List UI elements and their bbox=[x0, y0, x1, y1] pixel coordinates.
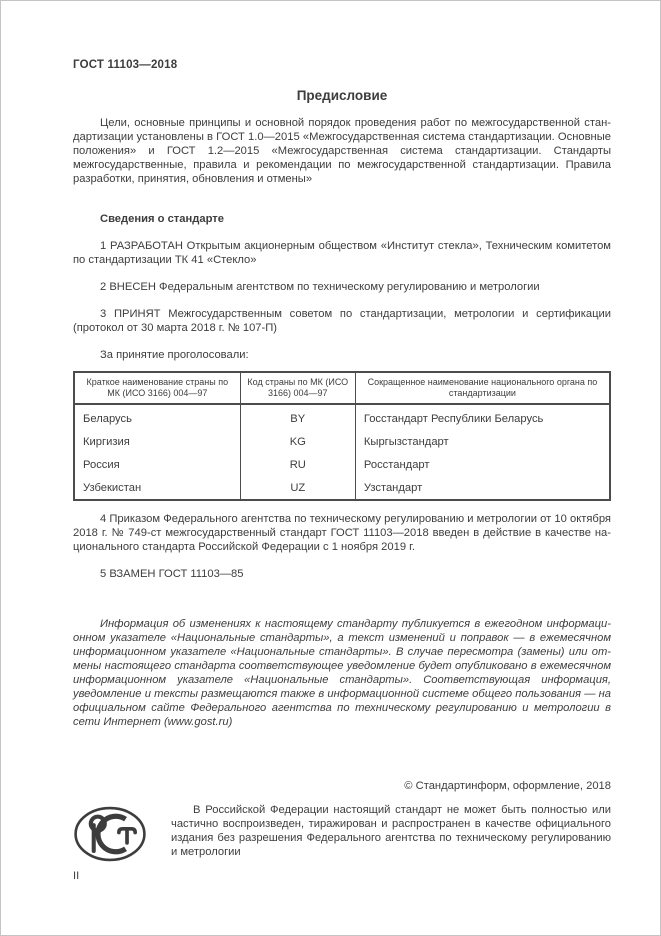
standard-info-item-5: 5 ВЗАМЕН ГОСТ 11103—85 bbox=[73, 567, 611, 581]
column-header-code: Код страны по МК (ИСО 3166) 004—97 bbox=[240, 372, 355, 404]
document-page: ГОСТ 11103—2018 Предисловие Цели, основн… bbox=[0, 0, 661, 936]
column-header-country: Краткое наименование страны по МК (ИСО 3… bbox=[74, 372, 240, 404]
page-number: II bbox=[73, 869, 611, 883]
cell-org: Росстандарт bbox=[355, 453, 610, 476]
restriction-paragraph: В Российской Федерации настоящий стандар… bbox=[171, 803, 611, 859]
foreword-intro-paragraph: Цели, основные принципы и основной поряд… bbox=[73, 116, 611, 186]
table-row: Россия RU Росстандарт bbox=[74, 453, 610, 476]
table-row: Узбекистан UZ Узстандарт bbox=[74, 476, 610, 500]
rst-certification-mark-icon bbox=[73, 805, 147, 863]
cell-country: Беларусь bbox=[74, 404, 240, 430]
table-row: Беларусь BY Госстандарт Республики Белар… bbox=[74, 404, 610, 430]
page-title: Предисловие bbox=[73, 89, 611, 103]
cell-org: Кыргызстандарт bbox=[355, 430, 610, 453]
standard-info-item-2: 2 ВНЕСЕН Федеральным агентством по техни… bbox=[73, 280, 611, 294]
cell-org: Госстандарт Республики Беларусь bbox=[355, 404, 610, 430]
footer-row: В Российской Федерации настоящий стандар… bbox=[73, 803, 611, 863]
page-content: ГОСТ 11103—2018 Предисловие Цели, основн… bbox=[73, 1, 611, 883]
cell-code: UZ bbox=[240, 476, 355, 500]
table-header-row: Краткое наименование страны по МК (ИСО 3… bbox=[74, 372, 610, 404]
cell-code: RU bbox=[240, 453, 355, 476]
standard-info-item-4: 4 Приказом Федерального агентства по тех… bbox=[73, 512, 611, 554]
logo-box bbox=[73, 803, 171, 863]
column-header-org: Сокращенное наименование национального о… bbox=[355, 372, 610, 404]
vote-table-header: Краткое наименование страны по МК (ИСО 3… bbox=[74, 372, 610, 404]
cell-country: Россия bbox=[74, 453, 240, 476]
vote-table: Краткое наименование страны по МК (ИСО 3… bbox=[73, 371, 611, 501]
cell-code: BY bbox=[240, 404, 355, 430]
vote-table-body: Беларусь BY Госстандарт Республики Белар… bbox=[74, 404, 610, 500]
cell-code: KG bbox=[240, 430, 355, 453]
vote-intro: За принятие проголосовали: bbox=[73, 348, 611, 362]
cell-org: Узстандарт bbox=[355, 476, 610, 500]
cell-country: Киргизия bbox=[74, 430, 240, 453]
table-row: Киргизия KG Кыргызстандарт bbox=[74, 430, 610, 453]
standard-info-item-3: 3 ПРИНЯТ Межгосударственным советом по с… bbox=[73, 307, 611, 335]
cell-country: Узбекистан bbox=[74, 476, 240, 500]
doc-code: ГОСТ 11103—2018 bbox=[73, 1, 611, 72]
copyright-line: © Стандартинформ, оформление, 2018 bbox=[73, 779, 611, 793]
publication-note: Информация об изменениях к настоящему ст… bbox=[73, 617, 611, 729]
standard-info-item-1: 1 РАЗРАБОТАН Открытым акционерным общест… bbox=[73, 239, 611, 267]
standard-info-heading: Сведения о стандарте bbox=[73, 212, 611, 226]
